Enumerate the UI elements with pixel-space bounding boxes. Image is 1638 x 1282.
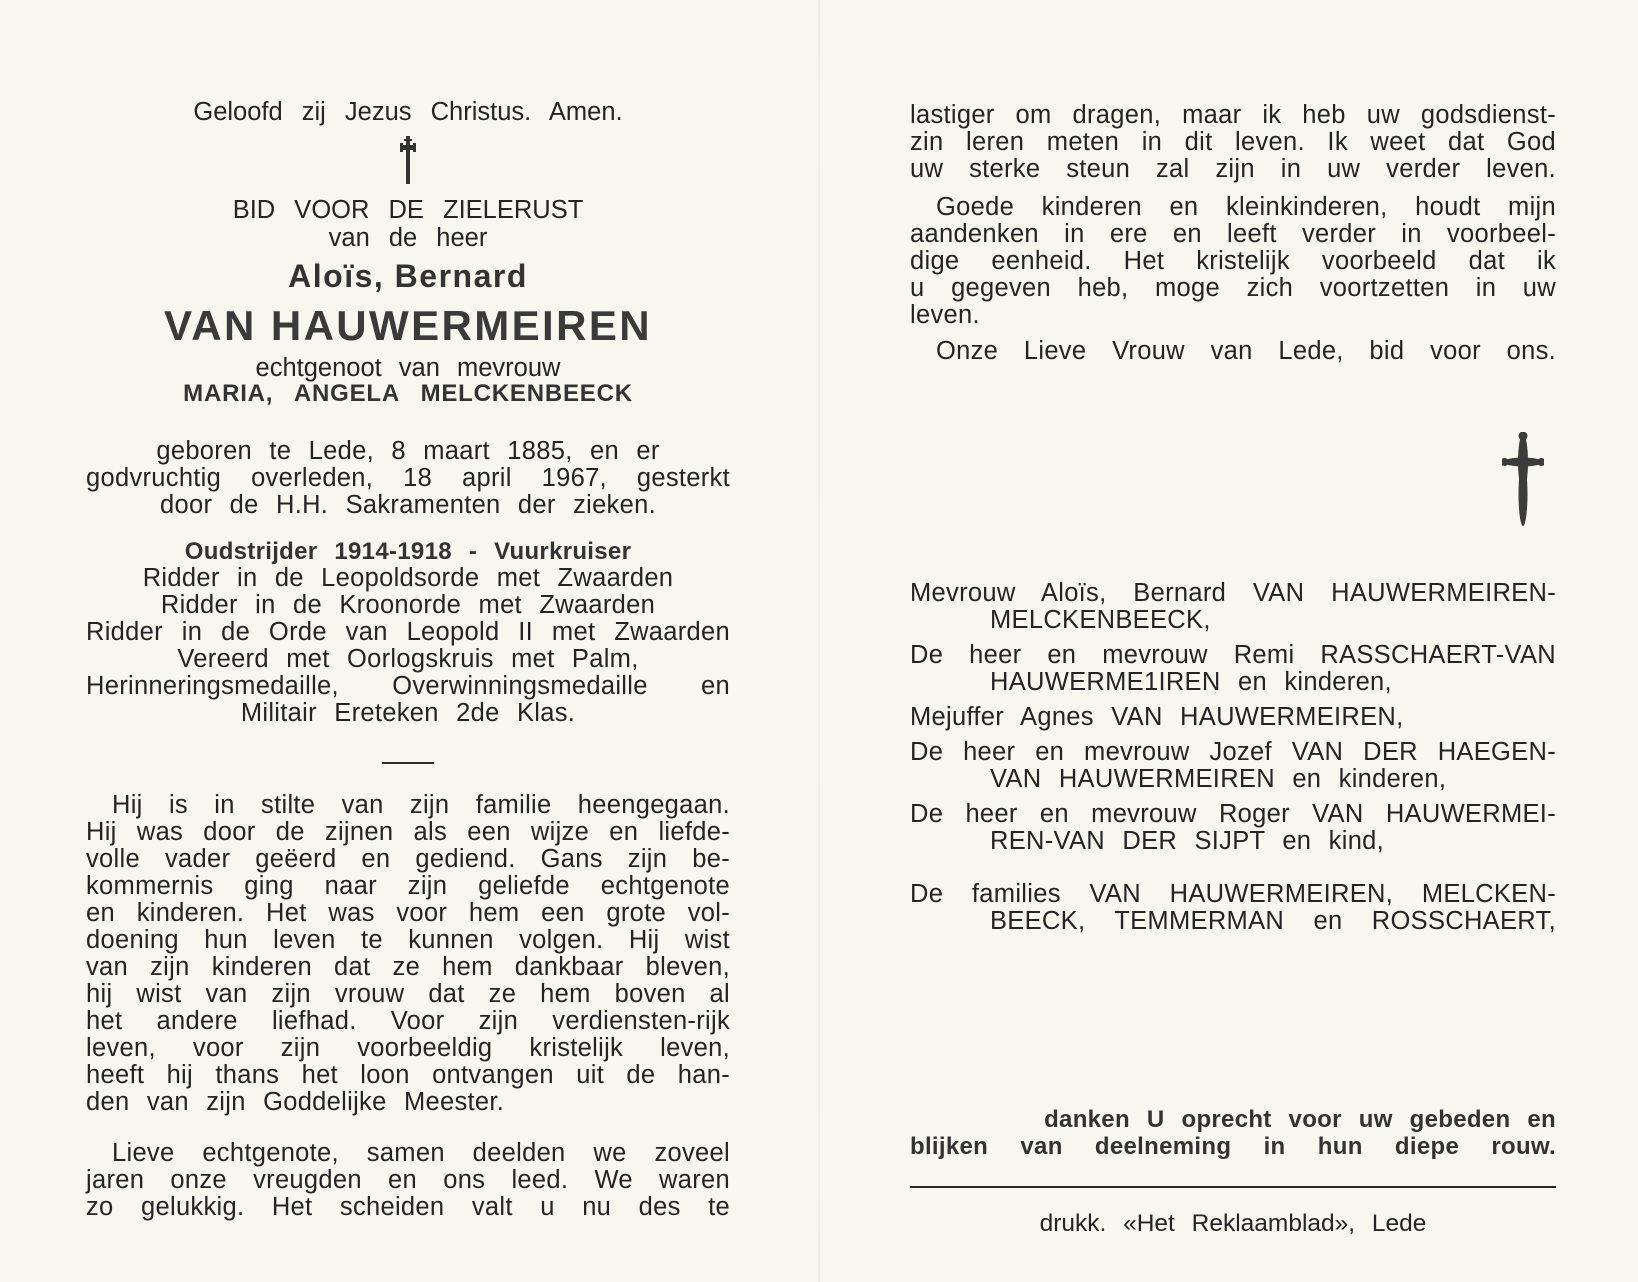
paragraph-line: dige eenheid. Het kristelijk voorbeeld d… xyxy=(910,248,1556,275)
paragraph-line: kommernis ging naar zijn geliefde echtge… xyxy=(86,873,730,900)
memorial-card: Geloofd zij Jezus Christus. Amen. BID VO… xyxy=(0,0,1638,1282)
family-entry: De families VAN HAUWERMEIREN, MELCKEN- B… xyxy=(910,881,1556,935)
honor-line: Herinneringsmedaille, Overwinningsmedail… xyxy=(86,673,730,700)
family-line: De families VAN HAUWERMEIREN, MELCKEN- xyxy=(910,881,1556,908)
paragraph-line: leven, voor zijn voorbeeldig kristelijk … xyxy=(86,1035,730,1062)
paragraph-line: volle vader geëerd en gediend. Gans zijn… xyxy=(86,846,730,873)
family-entry: De heer en mevrouw Jozef VAN DER HAEGEN-… xyxy=(910,739,1556,793)
honor-line: Ridder in de Orde van Leopold II met Zwa… xyxy=(86,619,730,646)
paragraph-line: zo gelukkig. Het scheiden valt u nu des … xyxy=(86,1194,730,1221)
printer-credit: drukk. «Het Reklaamblad», Lede xyxy=(910,1210,1556,1238)
family-line: De heer en mevrouw Remi RASSCHAERT-VAN xyxy=(910,642,1556,669)
family-line: BEECK, TEMMERMAN en ROSSCHAERT, xyxy=(910,908,1556,935)
prayer-line: Onze Lieve Vrouw van Lede, bid voor ons. xyxy=(910,338,1556,365)
prayer-line-block: Onze Lieve Vrouw van Lede, bid voor ons. xyxy=(910,338,1556,365)
divider xyxy=(910,1186,1556,1188)
paragraph-line: en kinderen. Het was voor hem een grote … xyxy=(86,900,730,927)
paragraph-line: hij wist van zijn vrouw dat ze hem boven… xyxy=(86,981,730,1008)
spouse-name: MARIA, ANGELA MELCKENBEECK xyxy=(86,380,730,408)
family-entry: De heer en mevrouw Remi RASSCHAERT-VAN H… xyxy=(910,642,1556,696)
family-line: MELCKENBEECK, xyxy=(910,607,1556,634)
family-entry: Mejuffer Agnes VAN HAUWERMEIREN, xyxy=(910,704,1556,731)
spouse-prefix: echtgenoot van mevrouw xyxy=(86,354,730,383)
right-panel: lastiger om dragen, maar ik heb uw godsd… xyxy=(910,0,1556,1282)
family-entry: De heer en mevrouw Roger VAN HAUWERMEI- … xyxy=(910,801,1556,855)
children-paragraph: Goede kinderen en kleinkinderen, houdt m… xyxy=(910,194,1556,329)
family-line: VAN HAUWERMEIREN en kinderen, xyxy=(910,766,1556,793)
cross-icon xyxy=(395,136,421,184)
spacer xyxy=(910,863,1556,881)
prayer-heading: BID VOOR DE ZIELERUST xyxy=(86,196,730,225)
left-panel: Geloofd zij Jezus Christus. Amen. BID VO… xyxy=(86,0,730,1282)
honor-line: Ridder in de Kroonorde met Zwaarden xyxy=(86,592,730,619)
honors-title: Oudstrijder 1914-1918 - Vuurkruiser xyxy=(86,538,730,565)
family-line: De heer en mevrouw Roger VAN HAUWERMEI- xyxy=(910,801,1556,828)
cross-icon xyxy=(1502,432,1544,528)
paragraph-line: jaren onze vreugden en ons leed. We ware… xyxy=(86,1167,730,1194)
paragraph-line: uw sterke steun zal zijn in uw verder le… xyxy=(910,156,1556,183)
deceased-first-names: Aloïs, Bernard xyxy=(86,258,730,295)
honor-line: Vereerd met Oorlogskruis met Palm, xyxy=(86,646,730,673)
thanks-line: blijken van deelneming in hun diepe rouw… xyxy=(910,1133,1556,1160)
divider xyxy=(382,762,434,764)
paragraph-line: het andere liefhad. Voor zijn verdienste… xyxy=(86,1008,730,1035)
paragraph-line: Lieve echtgenote, samen deelden we zovee… xyxy=(86,1140,730,1167)
tribute-paragraph: Hij is in stilte van zijn familie heenge… xyxy=(86,792,730,1116)
paragraph-line: Goede kinderen en kleinkinderen, houdt m… xyxy=(910,194,1556,221)
thanks-line: danken U oprecht voor uw gebeden en xyxy=(910,1106,1556,1133)
honor-line: Ridder in de Leopoldsorde met Zwaarden xyxy=(86,565,730,592)
van-de-heer: van de heer xyxy=(86,224,730,253)
death-line: godvruchtig overleden, 18 april 1967, ge… xyxy=(86,465,730,492)
paragraph-line: zin leren meten in dit leven. Ik weet da… xyxy=(910,129,1556,156)
paragraph-line: aandenken in ere en leeft verder in voor… xyxy=(910,221,1556,248)
honors-block: Oudstrijder 1914-1918 - Vuurkruiser Ridd… xyxy=(86,538,730,727)
family-list: Mevrouw Aloïs, Bernard VAN HAUWERMEIREN-… xyxy=(910,580,1556,943)
deceased-surname: VAN HAUWERMEIREN xyxy=(86,302,730,350)
sacrament-line: door de H.H. Sakramenten der zieken. xyxy=(86,492,730,519)
paragraph-line: van zijn kinderen dat ze hem dankbaar bl… xyxy=(86,954,730,981)
family-line: REN-VAN DER SIJPT en kind, xyxy=(910,828,1556,855)
paragraph-line: Hij was door de zijnen als een wijze en … xyxy=(86,819,730,846)
birth-death-block: geboren te Lede, 8 maart 1885, en er god… xyxy=(86,438,730,519)
family-line: HAUWERME1IREN en kinderen, xyxy=(910,669,1556,696)
birth-line: geboren te Lede, 8 maart 1885, en er xyxy=(86,438,730,465)
thanks-block: danken U oprecht voor uw gebeden en blij… xyxy=(910,1106,1556,1160)
paragraph-line: u gegeven heb, moge zich voortzetten in … xyxy=(910,275,1556,302)
paragraph-line: Hij is in stilte van zijn familie heenge… xyxy=(86,792,730,819)
family-line: Mejuffer Agnes VAN HAUWERMEIREN, xyxy=(910,704,1556,731)
fold-line xyxy=(818,0,820,1282)
intro-text: Geloofd zij Jezus Christus. Amen. xyxy=(86,98,730,127)
family-entry: Mevrouw Aloïs, Bernard VAN HAUWERMEIREN-… xyxy=(910,580,1556,634)
paragraph-line: heeft hij thans het loon ontvangen uit d… xyxy=(86,1062,730,1089)
honor-line: Militair Ereteken 2de Klas. xyxy=(86,700,730,727)
family-line: De heer en mevrouw Jozef VAN DER HAEGEN- xyxy=(910,739,1556,766)
paragraph-line: leven. xyxy=(910,302,1556,329)
family-line: Mevrouw Aloïs, Bernard VAN HAUWERMEIREN- xyxy=(910,580,1556,607)
spouse-address-paragraph: Lieve echtgenote, samen deelden we zovee… xyxy=(86,1140,730,1221)
paragraph-line: den van zijn Goddelijke Meester. xyxy=(86,1089,730,1116)
continued-paragraph: lastiger om dragen, maar ik heb uw godsd… xyxy=(910,102,1556,183)
paragraph-line: lastiger om dragen, maar ik heb uw godsd… xyxy=(910,102,1556,129)
paragraph-line: doening hun leven te kunnen volgen. Hij … xyxy=(86,927,730,954)
